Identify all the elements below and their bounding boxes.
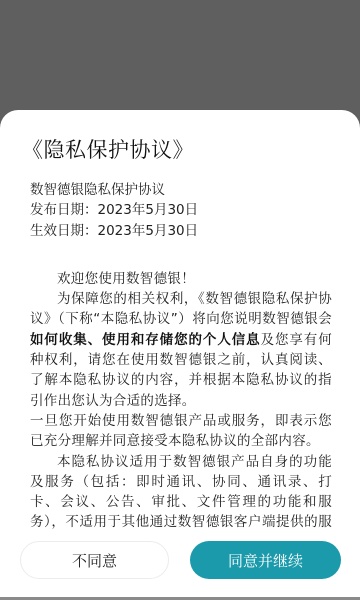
rights-highlight: 如何收集、使用和存储您的个人信息 xyxy=(30,332,261,348)
scope-paragraph: 本隐私协议适用于数智德银产品自身的功能及服务（包括：即时通讯、协同、通讯录、打卡… xyxy=(30,452,332,534)
document-meta: 数智德银隐私保护协议 发布日期：2023年5月30日 生效日期：2023年5月3… xyxy=(30,180,332,241)
rights-text-a: 为保障您的相关权利，《数智德银隐私保护协议》（下称“本隐私协议”）将向您说明数智… xyxy=(30,291,332,327)
consent-paragraph: 一旦您开始使用数智德银产品或服务，即表示您已充分理解并同意接受本隐私协议的全部内… xyxy=(30,411,332,452)
effective-date: 生效日期：2023年5月30日 xyxy=(30,221,332,241)
decline-button[interactable]: 不同意 xyxy=(20,541,169,579)
accept-continue-button[interactable]: 同意并继续 xyxy=(190,541,341,579)
publish-date: 发布日期：2023年5月30日 xyxy=(30,200,332,220)
rights-paragraph: 为保障您的相关权利，《数智德银隐私保护协议》（下称“本隐私协议”）将向您说明数智… xyxy=(30,289,332,411)
welcome-text: 欢迎您使用数智德银！ xyxy=(30,269,332,289)
agreement-content[interactable]: 数智德银隐私保护协议 发布日期：2023年5月30日 生效日期：2023年5月3… xyxy=(30,180,332,534)
dialog-title: 《隐私保护协议》 xyxy=(22,134,194,164)
document-name: 数智德银隐私保护协议 xyxy=(30,180,332,200)
privacy-dialog: 《隐私保护协议》 数智德银隐私保护协议 发布日期：2023年5月30日 生效日期… xyxy=(0,110,360,597)
